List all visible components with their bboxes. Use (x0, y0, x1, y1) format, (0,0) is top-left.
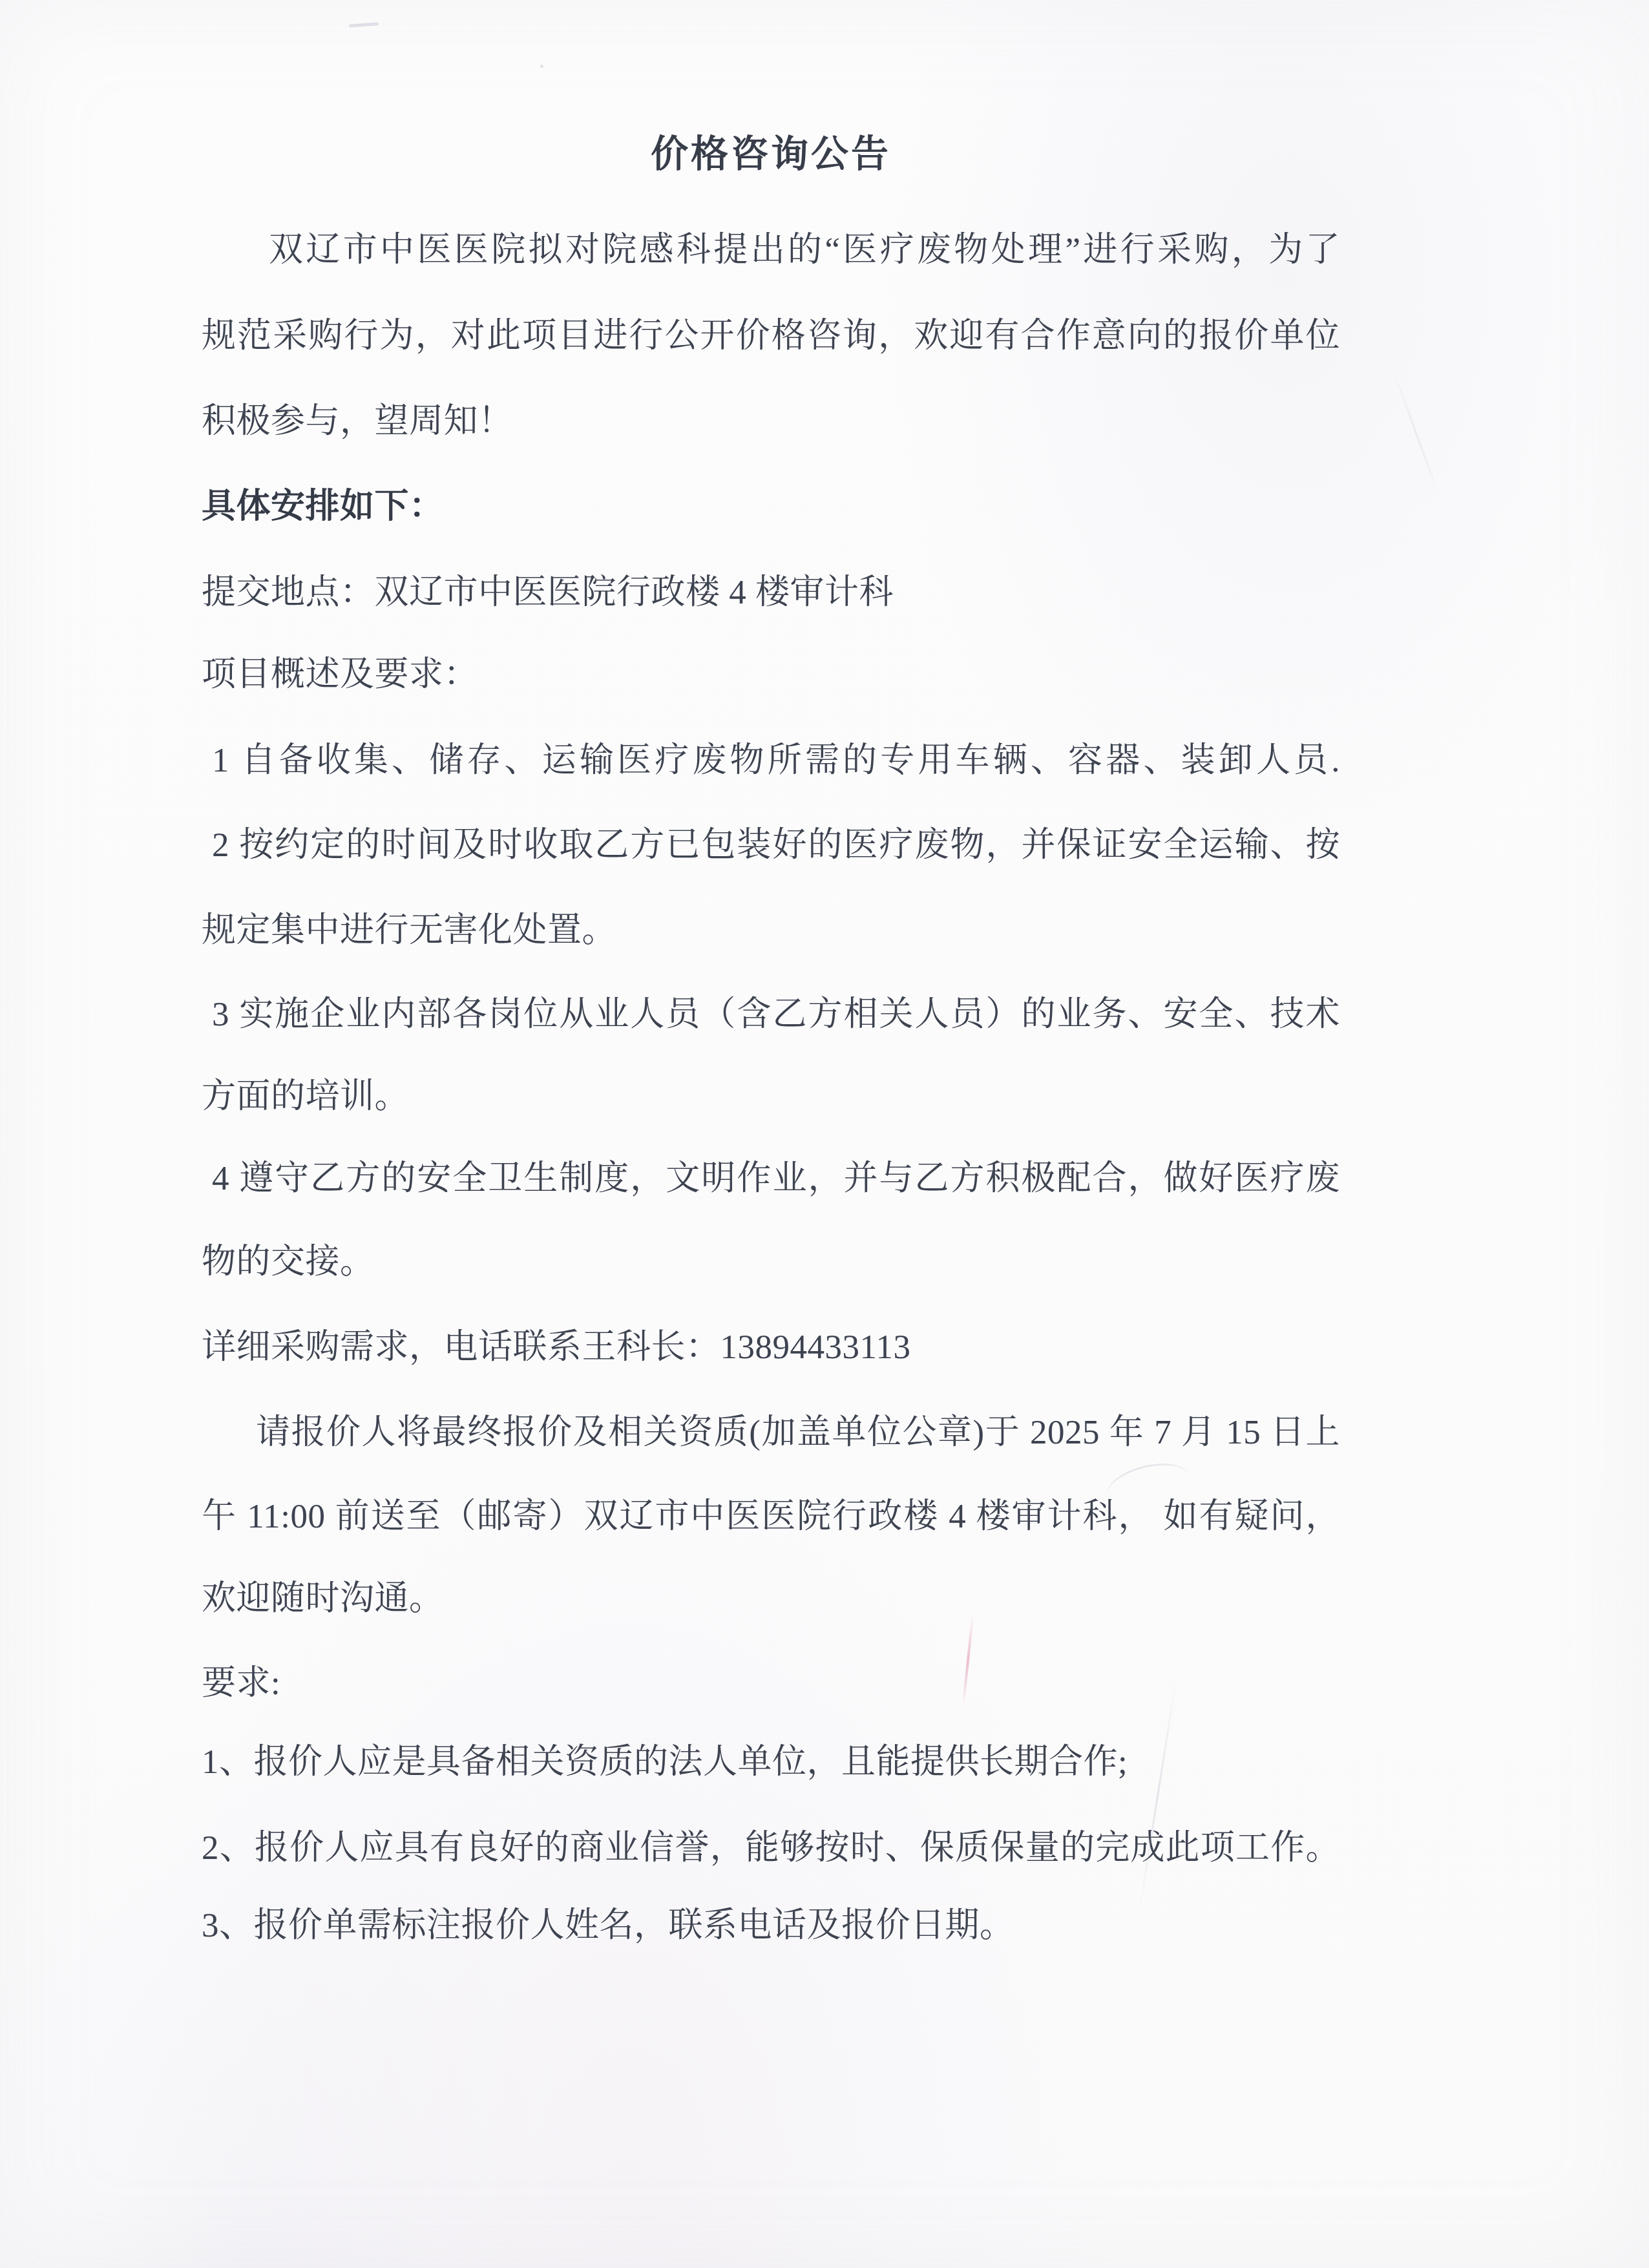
scanned-document-page: 价格咨询公告 双辽市中医医院拟对院感科提出的“医疗废物处理”进行采购，为了 规范… (0, 0, 1649, 2268)
doc-line: 欢迎随时沟通。 (202, 1578, 1340, 1619)
doc-line: 2、报价人应具有良好的商业信誉，能够按时、保质保量的完成此项工作。 (202, 1827, 1340, 1869)
doc-line: 详细采购需求，电话联系王科长：13894433113 (202, 1327, 1340, 1368)
doc-line: 要求: (202, 1663, 1340, 1704)
doc-line: 午 11:00 前送至（邮寄）双辽市中医医院行政楼 4 楼审计科， 如有疑问， (202, 1496, 1340, 1537)
doc-line: 项目概述及要求： (202, 654, 1340, 695)
scan-speck (540, 65, 543, 68)
doc-line: 具体安排如下： (202, 486, 1340, 527)
doc-line: 规范采购行为，对此项目进行公开价格咨询，欢迎有合作意向的报价单位 (202, 315, 1340, 357)
scan-gray-streak (1139, 1681, 1177, 1911)
doc-line: 2 按约定的时间及时收取乙方已包装好的医疗废物，并保证安全运输、按 (202, 824, 1340, 866)
doc-line: 物的交接。 (202, 1241, 1340, 1283)
doc-line: 4 遵守乙方的安全卫生制度，文明作业，并与乙方积极配合，做好医疗废 (202, 1158, 1340, 1199)
doc-line: 3 实施企业内部各岗位从业人员（含乙方相关人员）的业务、安全、技术 (202, 994, 1340, 1035)
doc-line: 1 自备收集、储存、运输医疗废物所需的专用车辆、容器、装卸人员. (202, 740, 1340, 781)
doc-line: 积极参与，望周知！ (202, 401, 1340, 442)
doc-line: 规定集中进行无害化处置。 (202, 910, 1340, 951)
doc-line: 3、报价单需标注报价人姓名，联系电话及报价日期。 (202, 1905, 1340, 1946)
page-title: 价格咨询公告 (202, 132, 1340, 176)
doc-line: 提交地点：双辽市中医医院行政楼 4 楼审计科 (202, 572, 1340, 613)
doc-line: 1、报价人应是具备相关资质的法人单位，且能提供长期合作; (202, 1741, 1340, 1783)
doc-line: 请报价人将最终报价及相关资质(加盖单位公章)于 2025 年 7 月 15 日上 (202, 1412, 1340, 1453)
doc-line: 方面的培训。 (202, 1076, 1340, 1117)
scan-smudge (349, 22, 379, 27)
doc-line: 双辽市中医医院拟对院感科提出的“医疗废物处理”进行采购，为了 (202, 229, 1340, 271)
scan-gray-streak (1391, 366, 1441, 500)
